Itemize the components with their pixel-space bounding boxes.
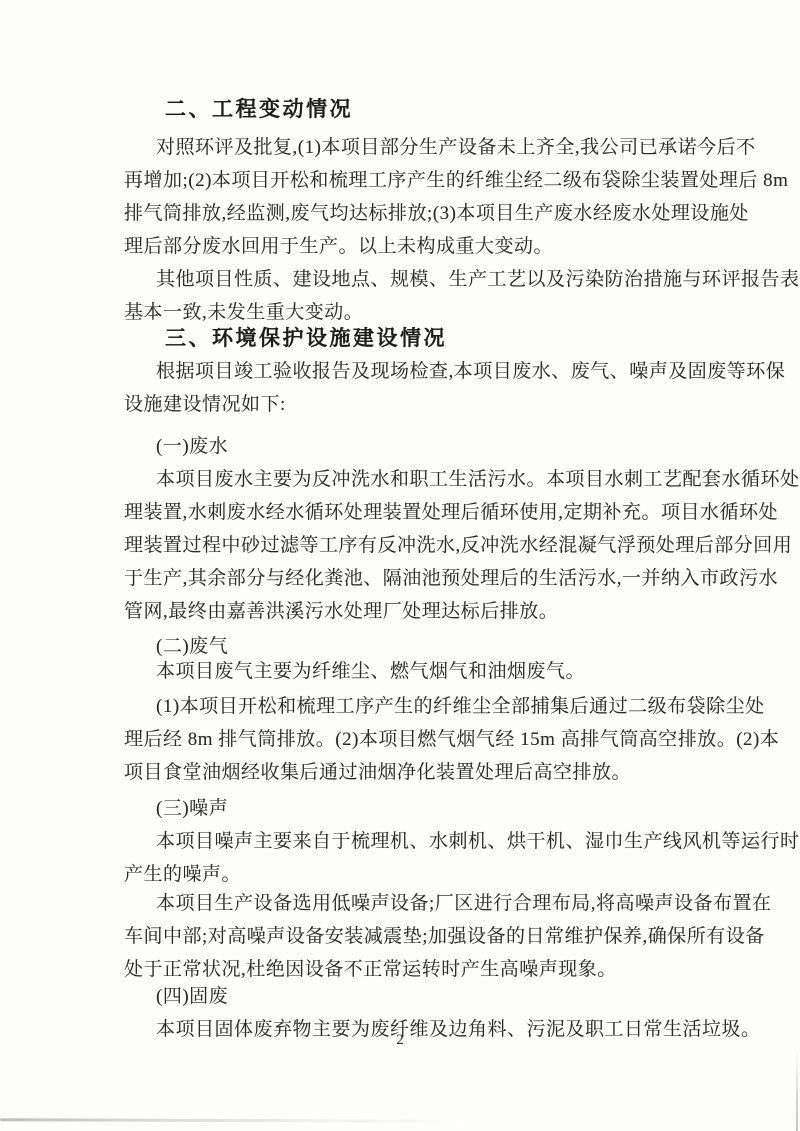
paragraph-line: 于生产,其余部分与经化粪池、隔油池预处理后的生活污水,一并纳入市政污水: [124, 562, 696, 595]
paragraph-line: 车间中部;对高噪声设备安装减震垫;加强设备的日常维护保养,确保所有设备: [124, 920, 696, 953]
paragraph-line: 本项目生产设备选用低噪声设备;厂区进行合理布局,将高噪声设备布置在: [124, 887, 696, 920]
paragraph-line: 理装置,水刺废水经水循环处理装置处理后循环使用,定期补充。项目水循环处: [124, 496, 696, 529]
paragraph-line: 理后经 8m 排气筒排放。(2)本项目燃气烟气经 15m 高排气筒高空排放。(2…: [124, 723, 696, 756]
paragraph-line: 项目食堂油烟经收集后通过油烟净化装置处理后高空排放。: [124, 756, 696, 789]
paragraph-line: 管网,最终由嘉善洪溪污水处理厂处理达标后排放。: [124, 595, 696, 628]
paragraph-line: 本项目噪声主要来自于梳理机、水刺机、烘干机、湿巾生产线风机等运行时: [124, 825, 696, 858]
scan-shadow-right-edge: [796, 1050, 798, 1131]
subheading-wastewater: (一)废水: [124, 430, 696, 463]
section-heading-project-changes: 二、工程变动情况: [124, 93, 696, 126]
paragraph-line: 根据项目竣工验收报告及现场检查,本项目废水、废气、噪声及固废等环保: [124, 355, 696, 388]
paragraph-line: 排气筒排放,经监测,废气均达标排放;(3)本项目生产废水经废水处理设施处: [124, 197, 696, 230]
paragraph-line: 理后部分废水回用于生产。以上未构成重大变动。: [124, 230, 696, 263]
document-body: 二、工程变动情况 对照环评及批复,(1)本项目部分生产设备未上齐全,我公司已承诺…: [124, 93, 696, 1046]
paragraph-line: 本项目废气主要为纤维尘、燃气烟气和油烟废气。: [124, 655, 696, 688]
document-page: 二、工程变动情况 对照环评及批复,(1)本项目部分生产设备未上齐全,我公司已承诺…: [0, 0, 800, 1131]
page-number: 2: [0, 1029, 800, 1051]
scan-shadow-bottom: [0, 1118, 470, 1122]
paragraph-line: (1)本项目开松和梳理工序产生的纤维尘全部捕集后通过二级布袋除尘处: [124, 690, 696, 723]
paragraph-line: 其他项目性质、建设地点、规模、生产工艺以及污染防治措施与环评报告表: [124, 263, 696, 296]
paragraph-line: 设施建设情况如下:: [124, 388, 696, 421]
subheading-noise: (三)噪声: [124, 792, 696, 825]
paragraph-line: 对照环评及批复,(1)本项目部分生产设备未上齐全,我公司已承诺今后不: [124, 131, 696, 164]
paragraph-line: 再增加;(2)本项目开松和梳理工序产生的纤维尘经二级布袋除尘装置处理后 8m: [124, 164, 696, 197]
paragraph-line: 理装置过程中砂过滤等工序有反冲洗水,反冲洗水经混凝气浮预处理后部分回用: [124, 529, 696, 562]
section-heading-env-facilities: 三、环境保护设施建设情况: [124, 322, 696, 355]
paragraph-line: 本项目废水主要为反冲洗水和职工生活污水。本项目水刺工艺配套水循环处: [124, 463, 696, 496]
